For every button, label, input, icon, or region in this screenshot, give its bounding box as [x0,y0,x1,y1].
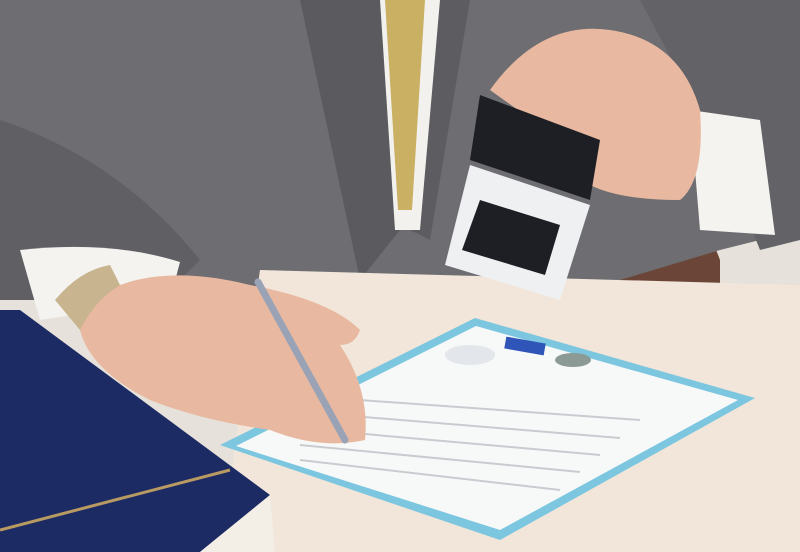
photo-scene [0,0,800,552]
illustration [0,0,800,552]
